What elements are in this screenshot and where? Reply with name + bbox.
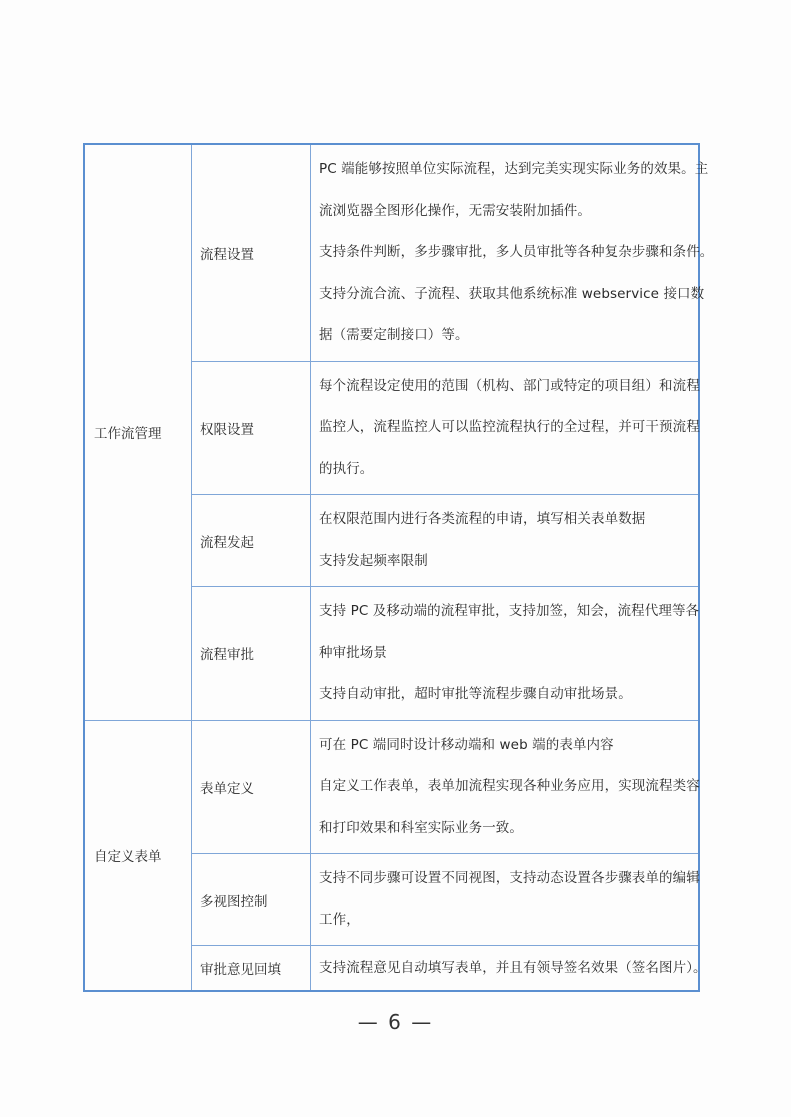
feature-desc-cell: 在权限范围内进行各类流程的申请，填写相关表单数据 支持发起频率限制 <box>311 495 700 587</box>
feature-desc-cell: 支持流程意见自动填写表单，并且有领导签名效果（签名图片）。 <box>311 946 700 992</box>
desc-line: 可在 PC 端同时设计移动端和 web 端的表单内容 <box>319 725 692 767</box>
desc-line: 支持 PC 及移动端的流程审批，支持加签，知会，流程代理等各 <box>319 591 692 633</box>
desc-line: 工作， <box>319 900 692 942</box>
desc-line: 监控人，流程监控人可以监控流程执行的全过程，并可干预流程 <box>319 407 692 449</box>
category-label: 工作流管理 <box>94 426 162 442</box>
desc-line: 支持自动审批，超时审批等流程步骤自动审批场景。 <box>319 674 692 716</box>
desc-line: 种审批场景 <box>319 633 692 675</box>
page-number: — 6 — <box>0 1010 791 1034</box>
desc-line: 支持不同步骤可设置不同视图，支持动态设置各步骤表单的编辑 <box>319 858 692 900</box>
feature-name: 表单定义 <box>200 781 254 797</box>
feature-name: 审批意见回填 <box>200 962 281 978</box>
feature-desc-cell: 每个流程设定使用的范围（机构、部门或特定的项目组）和流程 监控人，流程监控人可以… <box>311 361 700 495</box>
feature-desc-cell: 支持不同步骤可设置不同视图，支持动态设置各步骤表单的编辑 工作， <box>311 854 700 946</box>
desc-line: 每个流程设定使用的范围（机构、部门或特定的项目组）和流程 <box>319 366 692 408</box>
feature-name: 流程发起 <box>200 535 254 551</box>
feature-name-cell: 审批意见回填 <box>192 946 311 992</box>
feature-desc-cell: PC 端能够按照单位实际流程，达到完美实现实际业务的效果。主 流浏览器全图形化操… <box>311 144 700 361</box>
feature-name-cell: 权限设置 <box>192 361 311 495</box>
desc-line: PC 端能够按照单位实际流程，达到完美实现实际业务的效果。主 <box>319 149 692 191</box>
table-row: 工作流管理 流程设置 PC 端能够按照单位实际流程，达到完美实现实际业务的效果。… <box>84 144 699 361</box>
feature-name: 权限设置 <box>200 422 254 438</box>
feature-desc-cell: 支持 PC 及移动端的流程审批，支持加签，知会，流程代理等各 种审批场景 支持自… <box>311 587 700 721</box>
feature-name: 流程设置 <box>200 247 254 263</box>
feature-name-cell: 流程设置 <box>192 144 311 361</box>
document-page: 工作流管理 流程设置 PC 端能够按照单位实际流程，达到完美实现实际业务的效果。… <box>0 0 791 1117</box>
category-cell: 自定义表单 <box>84 720 192 991</box>
feature-name-cell: 表单定义 <box>192 720 311 854</box>
desc-line: 在权限范围内进行各类流程的申请，填写相关表单数据 <box>319 499 692 541</box>
desc-line: 支持分流合流、子流程、获取其他系统标准 webservice 接口数 <box>319 274 692 316</box>
table-row: 自定义表单 表单定义 可在 PC 端同时设计移动端和 web 端的表单内容 自定… <box>84 720 699 854</box>
feature-name: 多视图控制 <box>200 894 268 910</box>
feature-name-cell: 多视图控制 <box>192 854 311 946</box>
desc-line: 支持条件判断，多步骤审批，多人员审批等各种复杂步骤和条件。 <box>319 232 692 274</box>
desc-line: 流浏览器全图形化操作，无需安装附加插件。 <box>319 191 692 233</box>
desc-line: 自定义工作表单，表单加流程实现各种业务应用，实现流程类容 <box>319 766 692 808</box>
feature-name: 流程审批 <box>200 647 254 663</box>
desc-line: 支持流程意见自动填写表单，并且有领导签名效果（签名图片）。 <box>319 950 692 986</box>
feature-spec-table: 工作流管理 流程设置 PC 端能够按照单位实际流程，达到完美实现实际业务的效果。… <box>83 143 700 992</box>
desc-line: 的执行。 <box>319 449 692 491</box>
desc-line: 支持发起频率限制 <box>319 541 692 583</box>
category-cell: 工作流管理 <box>84 144 192 720</box>
feature-name-cell: 流程发起 <box>192 495 311 587</box>
desc-line: 据（需要定制接口）等。 <box>319 315 692 357</box>
desc-line: 和打印效果和科室实际业务一致。 <box>319 808 692 850</box>
category-label: 自定义表单 <box>94 849 162 865</box>
feature-name-cell: 流程审批 <box>192 587 311 721</box>
feature-desc-cell: 可在 PC 端同时设计移动端和 web 端的表单内容 自定义工作表单，表单加流程… <box>311 720 700 854</box>
